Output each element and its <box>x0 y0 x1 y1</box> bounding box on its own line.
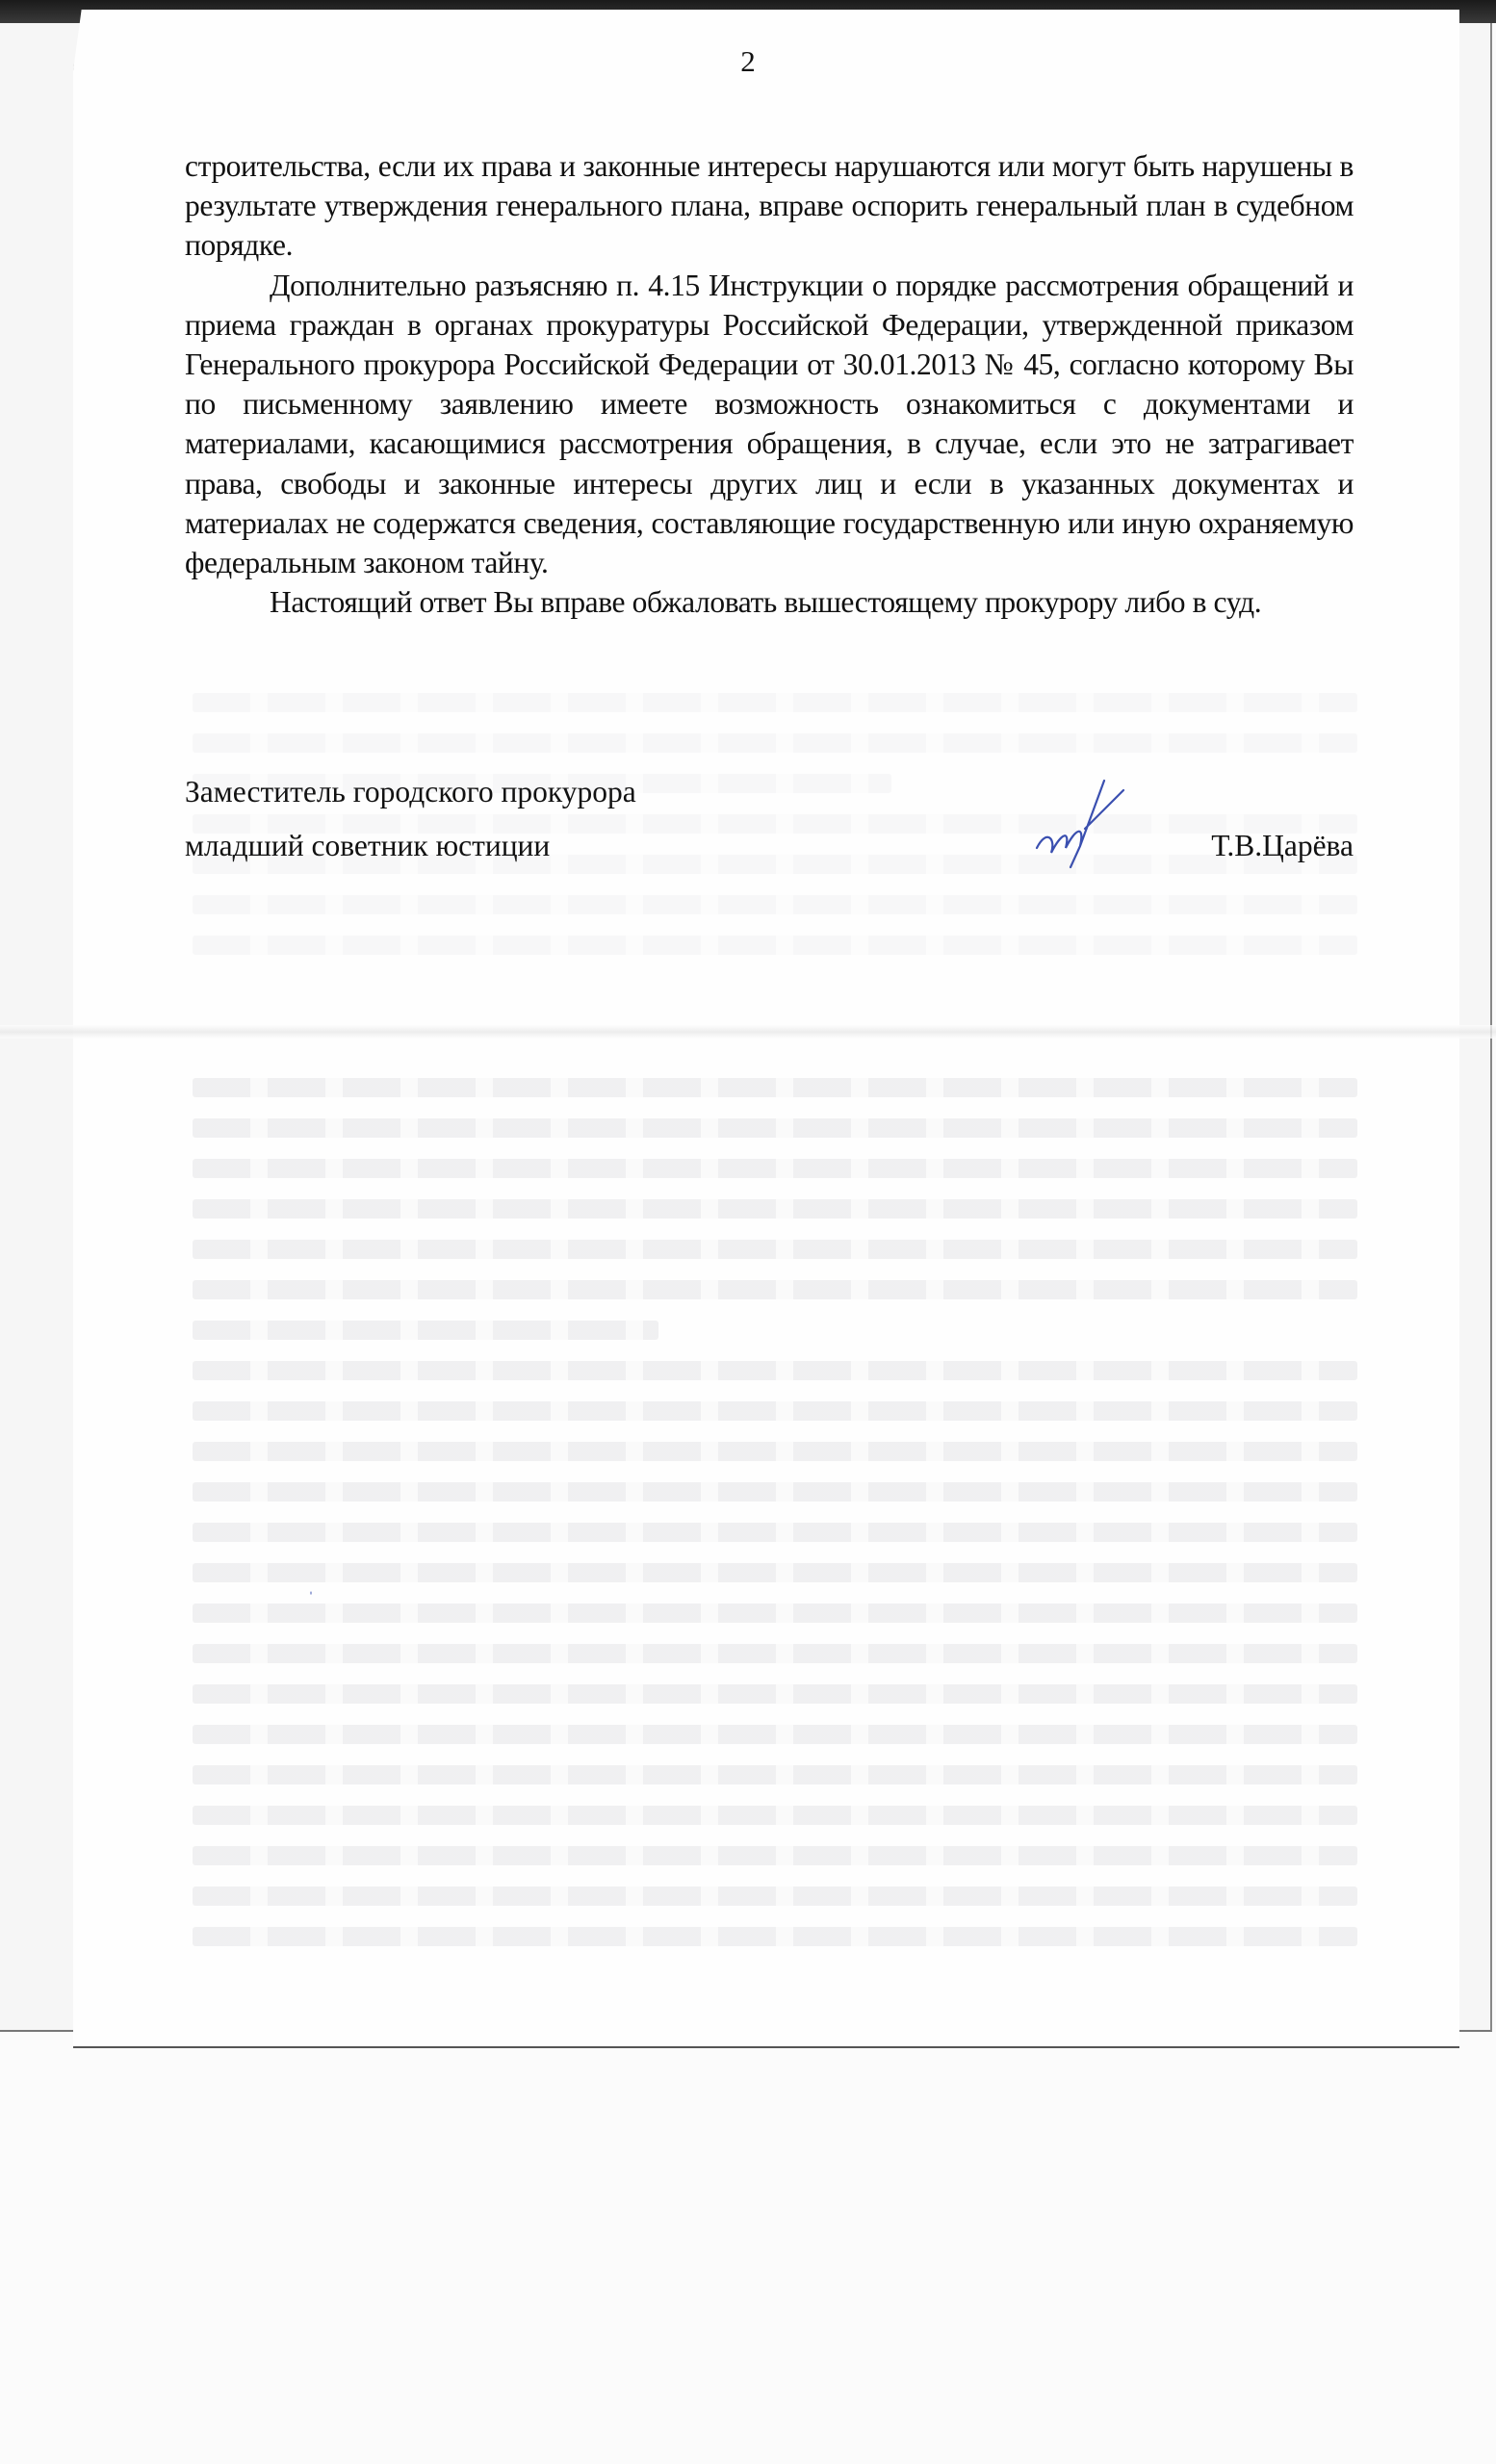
reverse-side-bleed-through-lower <box>193 1078 1357 1967</box>
ink-speck: ˈ <box>308 1588 314 1608</box>
paragraph-continuation: строительства, если их права и законные … <box>185 146 1354 266</box>
letter-body: строительства, если их права и законные … <box>185 146 1354 622</box>
reverse-side-bleed-through-upper <box>193 693 1357 976</box>
paragraph-appeal: Настоящий ответ Вы вправе обжаловать выш… <box>185 582 1354 622</box>
sheet-fold-edge <box>0 1025 1496 1039</box>
page-number: 2 <box>0 44 1496 79</box>
paragraph-instruction: Дополнительно разъясняю п. 4.15 Инструкц… <box>185 266 1354 583</box>
